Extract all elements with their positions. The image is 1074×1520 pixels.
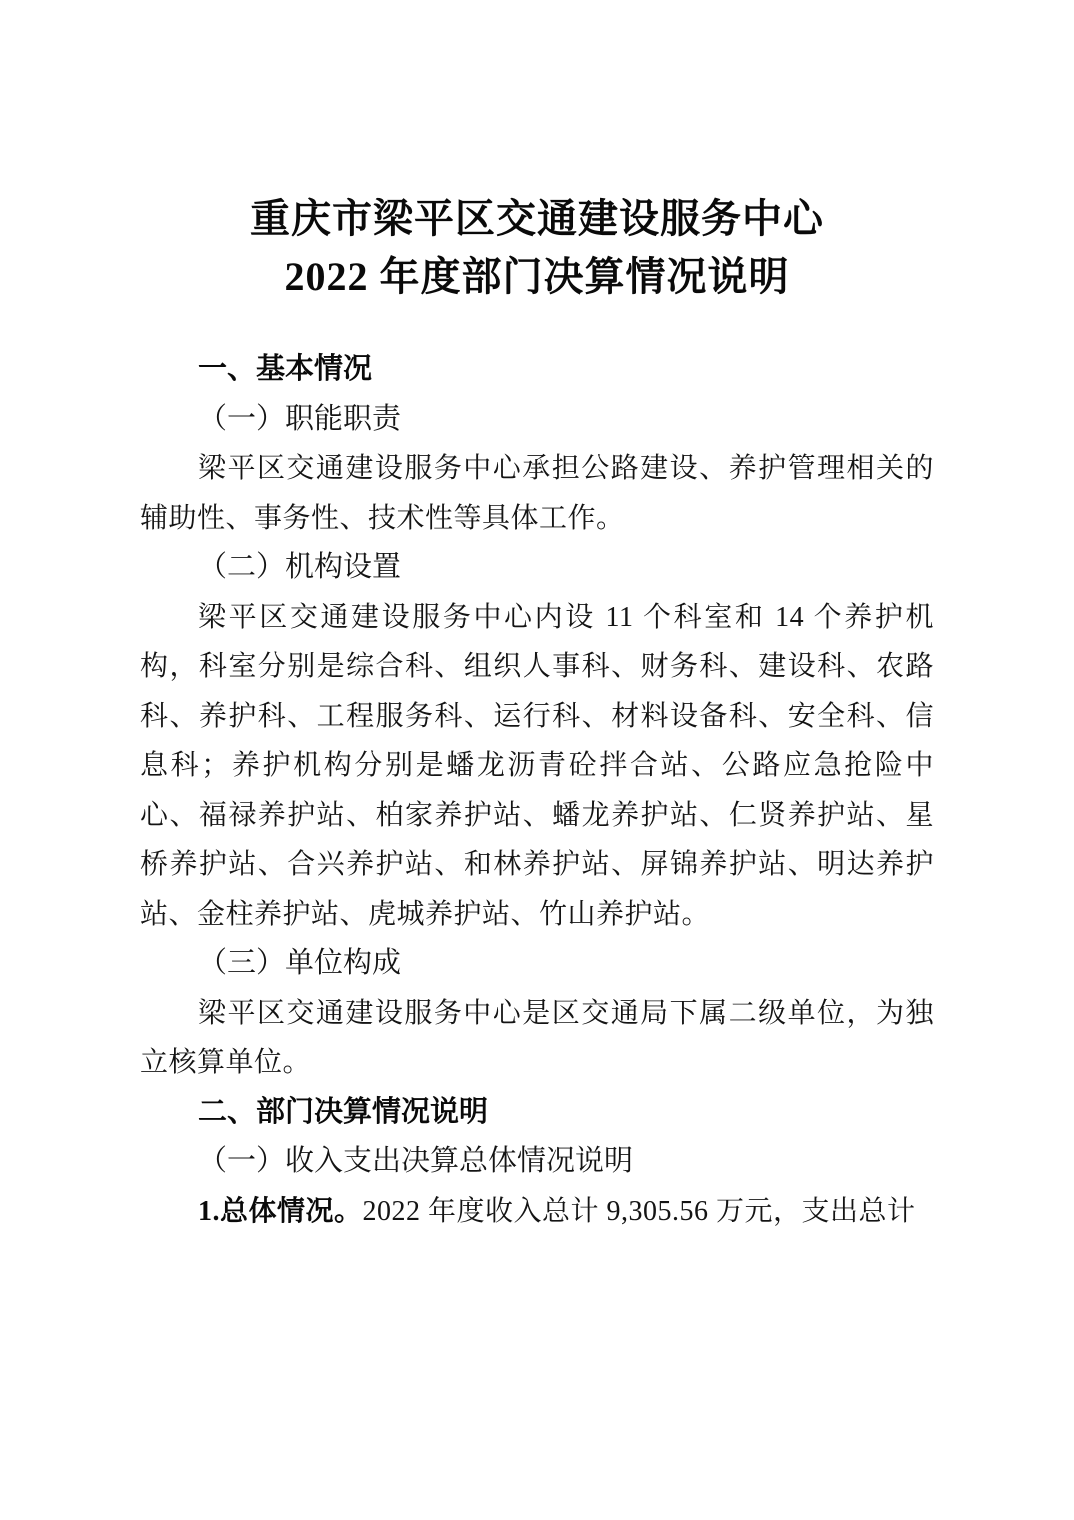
paragraph-lead-text: 2022 年度收入总计 9,305.56 万元，支出总计: [363, 1196, 916, 1227]
section-1-subsection-1-heading: （一）职能职责: [140, 395, 934, 445]
section-1-subsection-3-heading: （三）单位构成: [140, 939, 934, 989]
section-1-subsection-2-heading: （二）机构设置: [140, 543, 934, 593]
document-page: 重庆市梁平区交通建设服务中心 2022 年度部门决算情况说明 一、基本情况 （一…: [0, 0, 1074, 1520]
section-2-heading: 二、部门决算情况说明: [140, 1088, 934, 1138]
paragraph-lead-label: 1.总体情况。: [198, 1196, 363, 1227]
section-1-subsection-2-paragraph: 梁平区交通建设服务中心内设 11 个科室和 14 个养护机构，科室分别是综合科、…: [140, 593, 934, 940]
section-1-subsection-1-paragraph: 梁平区交通建设服务中心承担公路建设、养护管理相关的辅助性、事务性、技术性等具体工…: [140, 444, 934, 543]
section-2-subsection-1-paragraph: 1.总体情况。2022 年度收入总计 9,305.56 万元，支出总计: [140, 1187, 934, 1237]
document-title-line-1: 重庆市梁平区交通建设服务中心: [0, 190, 1074, 248]
document-title: 重庆市梁平区交通建设服务中心 2022 年度部门决算情况说明: [0, 0, 1074, 306]
section-1-subsection-3-paragraph: 梁平区交通建设服务中心是区交通局下属二级单位，为独立核算单位。: [140, 989, 934, 1088]
document-title-line-2: 2022 年度部门决算情况说明: [0, 248, 1074, 306]
section-1-heading: 一、基本情况: [140, 345, 934, 395]
document-body: 一、基本情况 （一）职能职责 梁平区交通建设服务中心承担公路建设、养护管理相关的…: [0, 345, 1074, 1236]
section-2-subsection-1-heading: （一）收入支出决算总体情况说明: [140, 1137, 934, 1187]
